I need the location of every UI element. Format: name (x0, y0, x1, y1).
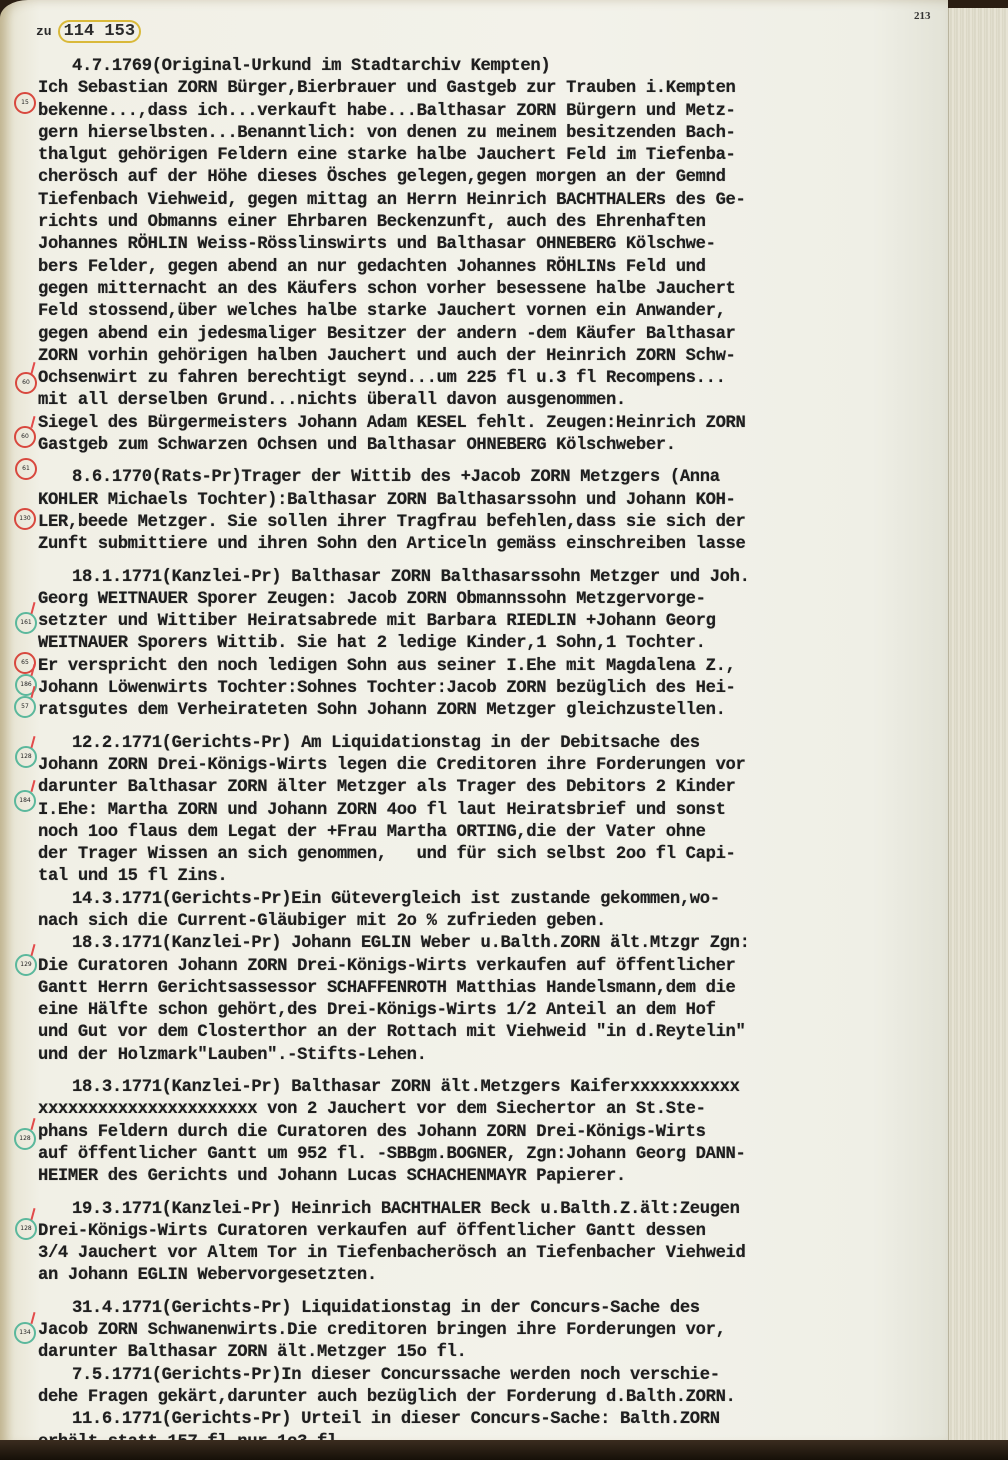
reference-header: zu114 153 (36, 20, 143, 43)
entry-line: Die Curatoren Johann ZORN Drei-Königs-Wi… (38, 956, 943, 978)
entry-line: LER,beede Metzger. Sie sollen ihrer Trag… (38, 512, 943, 534)
entry-line: dehe Fragen gekärt,darunter auch bezügli… (38, 1387, 943, 1409)
margin-reference-mark: 60 (15, 372, 37, 394)
entry-line: Ochsenwirt zu fahren berechtigt seynd...… (38, 368, 943, 390)
page-edges (948, 8, 1008, 1460)
entry-date-line: 4.7.1769(Original-Urkund im Stadtarchiv … (38, 56, 943, 78)
entry-line: gegen abend ein jedesmaliger Besitzer de… (38, 324, 943, 346)
entry-line: Tiefenbach Viehweid, gegen mittag an Her… (38, 190, 943, 212)
document-entry: 19.3.1771(Kanzlei-Pr) Heinrich BACHTHALE… (38, 1199, 943, 1288)
entry-line: ZORN vorhin gehörigen halben Jauchert un… (38, 346, 943, 368)
entry-line: Johannes RÖHLIN Weiss-Rösslinswirts und … (38, 234, 943, 256)
entry-line: Johann ZORN Drei-Königs-Wirts legen die … (38, 755, 943, 777)
red-tick-mark (30, 362, 35, 374)
margin-reference-mark: 15 (14, 92, 36, 114)
entry-date-line: 18.3.1771(Kanzlei-Pr) Johann EGLIN Weber… (38, 933, 943, 955)
entry-line: Georg WEITNAUER Sporer Zeugen: Jacob ZOR… (38, 589, 943, 611)
entry-spacer (38, 1189, 943, 1199)
margin-reference-mark: 130 (14, 508, 36, 530)
document-entry: 18.3.1771(Kanzlei-Pr) Johann EGLIN Weber… (38, 933, 943, 1067)
document-entry: 31.4.1771(Gerichts-Pr) Liquidationstag i… (38, 1298, 943, 1365)
entry-line: tal und 15 fl Zins. (38, 866, 943, 888)
entry-spacer (38, 557, 943, 567)
document-entry: 8.6.1770(Rats-Pr)Trager der Wittib des +… (38, 467, 943, 556)
page-number: 213 (914, 10, 931, 22)
document-entry: 7.5.1771(Gerichts-Pr)In dieser Concurssa… (38, 1365, 943, 1410)
entry-line: Er verspricht den noch ledigen Sohn aus … (38, 656, 943, 678)
entry-date-line: 19.3.1771(Kanzlei-Pr) Heinrich BACHTHALE… (38, 1199, 943, 1221)
entry-line: 3/4 Jauchert vor Altem Tor in Tiefenbach… (38, 1243, 943, 1265)
document-entry: 18.3.1771(Kanzlei-Pr) Balthasar ZORN ält… (38, 1077, 943, 1188)
red-tick-mark (30, 416, 35, 428)
margin-reference-mark: 134 (14, 1322, 36, 1344)
typed-text-body: 4.7.1769(Original-Urkund im Stadtarchiv … (38, 56, 943, 1454)
entry-line: und der Holzmark"Lauben".-Stifts-Lehen. (38, 1045, 943, 1067)
margin-reference-mark: 128 (14, 1128, 36, 1150)
entry-line: noch 1oo flaus dem Legat der +Frau Marth… (38, 822, 943, 844)
entry-line: ratsgutes dem Verheirateten Sohn Johann … (38, 700, 943, 722)
entry-date-line: 7.5.1771(Gerichts-Pr)In dieser Concurssa… (38, 1365, 943, 1387)
entry-date-line: 14.3.1771(Gerichts-Pr)Ein Gütevergleich … (38, 889, 943, 911)
entry-line: Drei-Königs-Wirts Curatoren verkaufen au… (38, 1221, 943, 1243)
entry-line: auf öffentlicher Gantt um 952 fl. -SBBgm… (38, 1144, 943, 1166)
red-tick-mark (30, 780, 35, 792)
entry-line: Jacob ZORN Schwanenwirts.Die creditoren … (38, 1320, 943, 1342)
entry-date-line: 12.2.1771(Gerichts-Pr) Am Liquidationsta… (38, 733, 943, 755)
entry-line: xxxxxxxxxxxxxxxxxxxxxx von 2 Jauchert vo… (38, 1099, 943, 1121)
entry-line: bekenne...,dass ich...verkauft habe...Ba… (38, 101, 943, 123)
entry-line: phans Feldern durch die Curatoren des Jo… (38, 1122, 943, 1144)
margin-reference-mark: 161 (15, 612, 37, 634)
entry-line: cherösch auf der Höhe dieses Ösches gele… (38, 167, 943, 189)
entry-spacer (38, 1288, 943, 1298)
entry-line: mit all derselben Grund...nichts überall… (38, 390, 943, 412)
entry-line: KOHLER Michaels Tochter):Balthasar ZORN … (38, 490, 943, 512)
document-entry: 14.3.1771(Gerichts-Pr)Ein Gütevergleich … (38, 889, 943, 934)
red-tick-mark (30, 1118, 35, 1130)
reference-number-circled: 114 153 (58, 20, 141, 43)
entry-line: setzter und Wittiber Heiratsabrede mit B… (38, 611, 943, 633)
entry-line: Siegel des Bürgermeisters Johann Adam KE… (38, 413, 943, 435)
entry-spacer (38, 723, 943, 733)
entry-line: richts und Obmanns einer Ehrbaren Becken… (38, 212, 943, 234)
margin-reference-mark: 61 (15, 458, 37, 480)
red-tick-mark (30, 1208, 35, 1220)
entry-line: thalgut gehörigen Feldern eine starke ha… (38, 145, 943, 167)
entry-date-line: 8.6.1770(Rats-Pr)Trager der Wittib des +… (38, 467, 943, 489)
entry-line: bers Felder, gegen abend an nur gedachte… (38, 257, 943, 279)
margin-reference-mark: 184 (14, 790, 36, 812)
entry-date-line: 18.3.1771(Kanzlei-Pr) Balthasar ZORN ält… (38, 1077, 943, 1099)
document-entry: 4.7.1769(Original-Urkund im Stadtarchiv … (38, 56, 943, 457)
document-page: 213 zu114 153 15606061130161651865712818… (0, 0, 948, 1446)
margin-reference-mark: 128 (15, 1218, 37, 1240)
entry-line: darunter Balthasar ZORN ält.Metzger 15o … (38, 1342, 943, 1364)
entry-date-line: 31.4.1771(Gerichts-Pr) Liquidationstag i… (38, 1298, 943, 1320)
entry-line: Johann Löwenwirts Tochter:Sohnes Tochter… (38, 678, 943, 700)
entry-line: Zunft submittiere und ihren Sohn den Art… (38, 534, 943, 556)
document-entry: 12.2.1771(Gerichts-Pr) Am Liquidationsta… (38, 733, 943, 889)
entry-line: HEIMER des Gerichts und Johann Lucas SCH… (38, 1166, 943, 1188)
entry-line: der Trager Wissen an sich genommen, und … (38, 844, 943, 866)
entry-line: darunter Balthasar ZORN älter Metzger al… (38, 777, 943, 799)
entry-date-line: 11.6.1771(Gerichts-Pr) Urteil in dieser … (38, 1409, 943, 1431)
entry-line: gern hierselbsten...Benanntlich: von den… (38, 123, 943, 145)
document-entry: 18.1.1771(Kanzlei-Pr) Balthasar ZORN Bal… (38, 567, 943, 723)
entry-line: an Johann EGLIN Webervorgesetzten. (38, 1265, 943, 1287)
red-tick-mark (30, 602, 35, 614)
entry-spacer (38, 1067, 943, 1077)
reference-prefix: zu (36, 24, 52, 39)
red-tick-mark (30, 736, 35, 748)
entry-line: eine Hälfte schon gehört,des Drei-Königs… (38, 1000, 943, 1022)
margin-reference-mark: 57 (14, 696, 36, 718)
margin-reference-mark: 129 (15, 954, 37, 976)
entry-line: I.Ehe: Martha ZORN und Johann ZORN 4oo f… (38, 800, 943, 822)
entry-line: Ich Sebastian ZORN Bürger,Bierbrauer und… (38, 78, 943, 100)
margin-reference-mark: 128 (15, 746, 37, 768)
entry-line: Gantt Herrn Gerichtsassessor SCHAFFENROT… (38, 978, 943, 1000)
entry-date-line: 18.1.1771(Kanzlei-Pr) Balthasar ZORN Bal… (38, 567, 943, 589)
margin-reference-mark: 60 (14, 426, 36, 448)
red-tick-mark (30, 944, 35, 956)
entry-line: gegen mitternacht an des Käufers schon v… (38, 279, 943, 301)
entry-line: und Gut vor dem Closterthor an der Rotta… (38, 1022, 943, 1044)
entry-line: Feld stossend,über welches halbe starke … (38, 301, 943, 323)
entry-line: Gastgeb zum Schwarzen Ochsen und Balthas… (38, 435, 943, 457)
book-binding-shadow (0, 1440, 1008, 1460)
entry-line: WEITNAUER Sporers Wittib. Sie hat 2 ledi… (38, 633, 943, 655)
red-tick-mark (30, 1312, 35, 1324)
entry-spacer (38, 457, 943, 467)
entry-line: nach sich die Current-Gläubiger mit 2o %… (38, 911, 943, 933)
